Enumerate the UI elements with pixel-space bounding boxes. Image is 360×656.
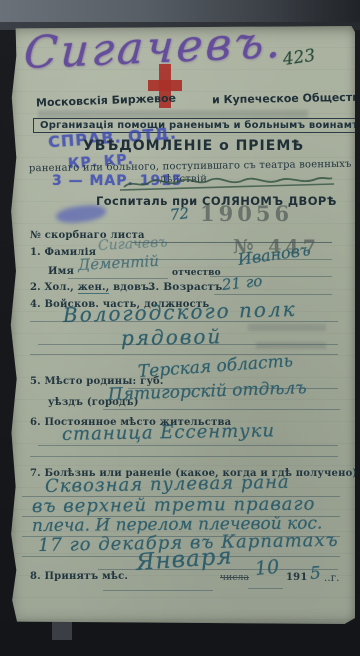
sheet-number-handwritten: 72 (169, 204, 190, 224)
ink-bleed-through (38, 110, 308, 118)
unit-value: Вологодского полк (63, 297, 297, 327)
admitted-year-suffix: ..г. (324, 573, 340, 584)
scanner-background-band (0, 0, 360, 30)
firstname-label: Имя (48, 266, 74, 277)
marital-label: 2. Хол., (30, 282, 74, 293)
form-title: УВѢДОМЛЕНІЕ о ПРІЕМѢ (83, 138, 304, 154)
admitted-strike-word: числа (220, 573, 249, 583)
admission-form-paper: Сигачевъ. 423 Московскія Биржевое и Купе… (8, 26, 355, 624)
age-label: 3. Возрастъ (148, 281, 223, 293)
admitted-year-digit: 5 (309, 563, 321, 584)
rank-value: рядовой (121, 324, 223, 350)
admitted-year-prefix: 191 (286, 572, 307, 583)
society-name-right: и Купеческое Общества (212, 91, 360, 107)
admitted-day-value: 10 (254, 556, 280, 580)
birthplace-value: Терская область (137, 351, 293, 382)
scanner-notch (52, 622, 72, 640)
marital-widowed-option: вдовъ. (113, 282, 153, 293)
corner-number: 423 (282, 46, 317, 70)
faint-stamp-fragment (248, 324, 326, 331)
admitted-label: 8. Принятъ мѣс. (30, 571, 128, 582)
residence-value: станица Ессентуки (62, 420, 275, 445)
handwritten-annotation-scrawl (118, 172, 336, 194)
admitted-month-value: Января (135, 543, 233, 576)
age-value: 21 го (221, 272, 263, 294)
scanned-document-screen: Сигачевъ. 423 Московскія Биржевое и Купе… (0, 0, 360, 656)
registry-number-stamp: 19056 (200, 201, 293, 226)
marital-row: 2. Хол., жен., вдовъ. (30, 282, 153, 293)
blue-ink-stamp-blob (55, 203, 107, 225)
marital-married-option: жен., (78, 282, 110, 294)
firstname-value: Дементій (78, 252, 160, 274)
